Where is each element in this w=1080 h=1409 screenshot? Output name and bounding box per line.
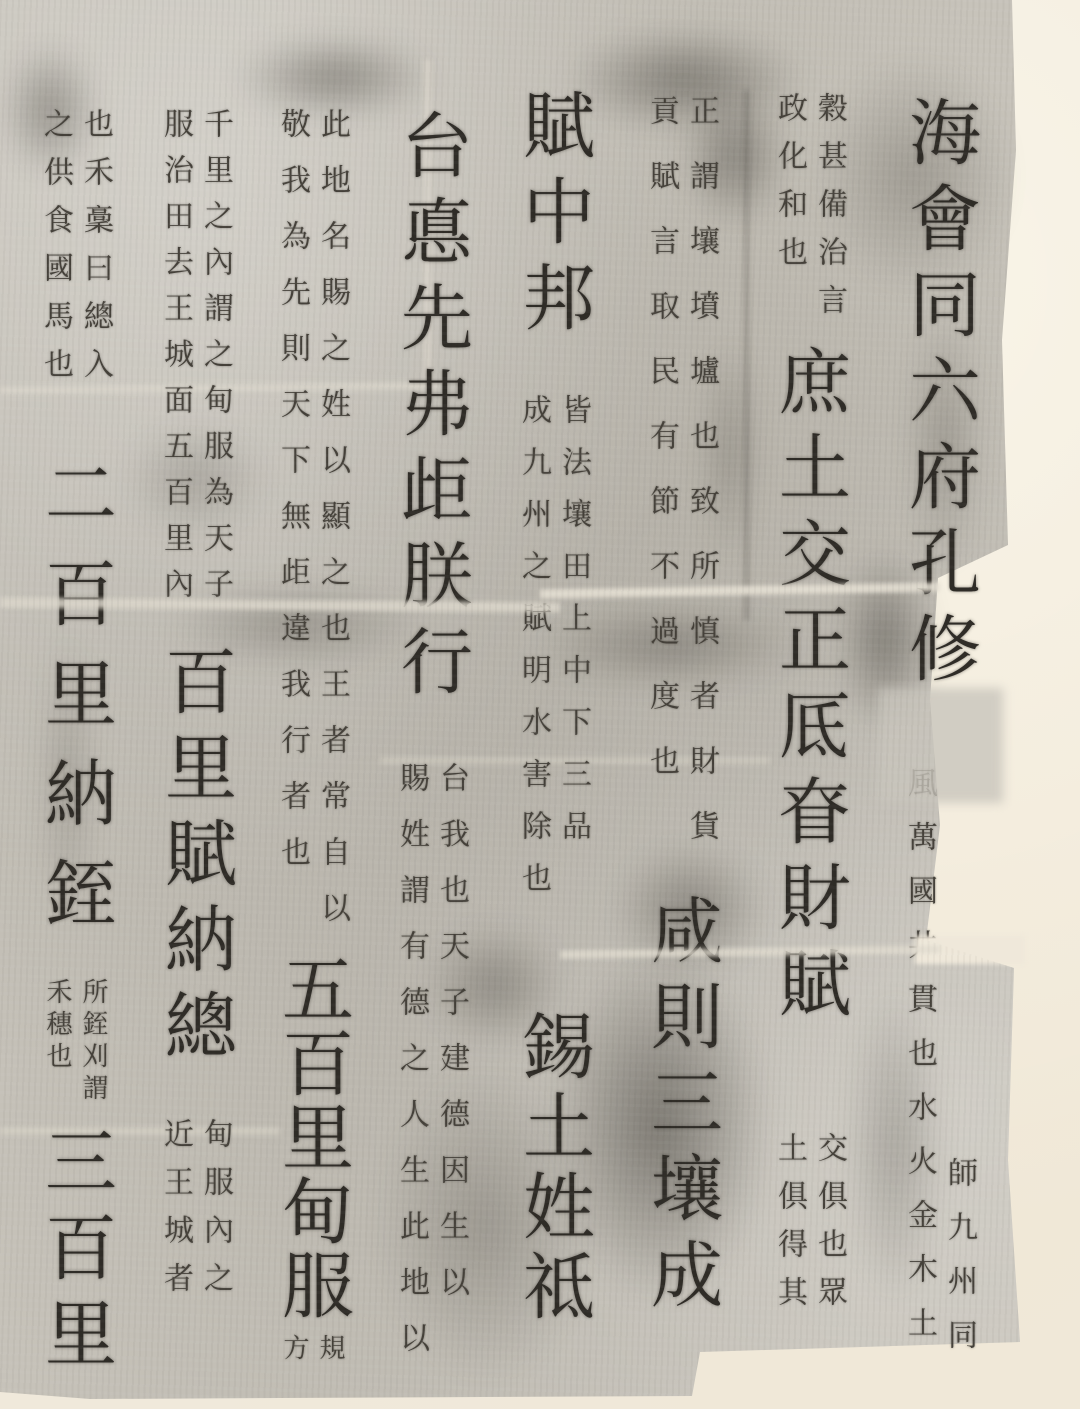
text-column: 此地名賜之姓以顯之也王者常自以敬我為先則天下無歫違我行者也五百里甸服規方 <box>252 0 372 1409</box>
main-text-segment: 三百里 <box>39 1124 111 1382</box>
commentary-segment: 甸服內之近王城者 <box>160 1118 230 1310</box>
commentary-right-line: 台我也天子建德因生以 <box>436 762 466 1322</box>
main-text-segment: 錫土姓祗 <box>517 1009 589 1329</box>
commentary-left-line: 禾穗也 <box>44 978 70 1074</box>
commentary-right-line: 師九州同 <box>944 1157 974 1373</box>
commentary-segment: 皆法壤田上中下三品成九州之賦明水害除也 <box>518 394 588 914</box>
commentary-left-line: 近王城者 <box>160 1118 190 1310</box>
commentary-right-line: 所銍刈謂 <box>80 978 106 1106</box>
manuscript-photo: { "manuscript": { "writing": "vertical c… <box>0 0 1080 1409</box>
text-column: 賦中邦皆法壤田上中下三品成九州之賦明水害除也錫土姓祗 <box>492 0 614 1409</box>
commentary-left-line: 政化和也 <box>774 92 804 284</box>
text-column: 穀甚備治言政化和也庶土交正厎眘財賦交俱也眾土俱得其 <box>748 0 870 1409</box>
commentary-left-line: 貢賦言取民有節不過度也 <box>646 95 676 810</box>
commentary-left-line: 土俱得其 <box>774 1132 804 1324</box>
commentary-segment: 交俱也眾土俱得其 <box>774 1132 844 1324</box>
commentary-right-line: 交俱也眾 <box>814 1132 844 1324</box>
commentary-left-line: 敬我為先則天下無歫違我行者也 <box>277 108 307 892</box>
commentary-segment: 也禾稾曰總入之供食國馬也 <box>40 108 110 396</box>
commentary-left-line: 風萬國共貫也水火金木土 <box>904 767 934 1361</box>
text-columns: 海會同六府孔修師九州同風萬國共貫也水火金木土穀甚備治言政化和也庶土交正厎眘財賦交… <box>0 0 1080 1409</box>
commentary-left-line: 方 <box>281 1334 307 1364</box>
commentary-segment: 千里之內謂之甸服為天子服治田去王城面五百里內 <box>160 108 230 614</box>
commentary-segment: 規方 <box>281 1334 343 1364</box>
commentary-right-line: 也禾稾曰總入 <box>80 108 110 396</box>
main-text-segment: 百里賦納總 <box>159 644 231 1074</box>
commentary-left-line: 成九州之賦明水害除也 <box>518 394 548 914</box>
main-text-segment: 台悳先弗歫朕行 <box>395 108 467 710</box>
commentary-right-line: 正謂壤墳壚也致所慎者財貨 <box>686 95 716 875</box>
commentary-segment: 此地名賜之姓以顯之也王者常自以敬我為先則天下無歫違我行者也 <box>277 108 347 948</box>
commentary-left-line: 之供食國馬也 <box>40 108 70 396</box>
commentary-left-line: 賜姓謂有德之人生此地以 <box>396 762 426 1378</box>
commentary-segment: 正謂壤墳壚也致所慎者財貨貢賦言取民有節不過度也 <box>646 95 716 875</box>
commentary-right-line: 規 <box>317 1334 343 1364</box>
commentary-left-line: 服治田去王城面五百里內 <box>160 108 190 614</box>
main-text-segment: 海會同六府孔修 <box>903 95 975 697</box>
commentary-right-line: 穀甚備治言 <box>814 92 844 332</box>
text-column: 千里之內謂之甸服為天子服治田去王城面五百里內百里賦納總甸服內之近王城者 <box>138 0 252 1409</box>
commentary-right-line: 千里之內謂之甸服為天子 <box>200 108 230 614</box>
main-text-segment: 咸則三壤成 <box>645 893 717 1323</box>
commentary-right-line: 此地名賜之姓以顯之也王者常自以 <box>317 108 347 948</box>
text-column: 海會同六府孔修師九州同風萬國共貫也水火金木土 <box>878 0 1000 1409</box>
main-text-segment: 二百里納銍 <box>39 456 111 956</box>
text-column: 正謂壤墳壚也致所慎者財貨貢賦言取民有節不過度也咸則三壤成 <box>618 0 744 1409</box>
main-text-segment: 賦中邦 <box>517 88 589 346</box>
commentary-segment: 穀甚備治言政化和也 <box>774 92 844 332</box>
text-column: 台悳先弗歫朕行台我也天子建德因生以賜姓謂有德之人生此地以 <box>372 0 490 1409</box>
main-text-segment: 庶土交正厎眘財賦 <box>773 344 845 1032</box>
text-column: 也禾稾曰總入之供食國馬也二百里納銍所銍刈謂禾穗也三百里 <box>12 0 138 1409</box>
commentary-right-line: 皆法壤田上中下三品 <box>558 394 588 862</box>
commentary-segment: 師九州同風萬國共貫也水火金木土 <box>904 767 974 1373</box>
commentary-segment: 台我也天子建德因生以賜姓謂有德之人生此地以 <box>396 762 466 1378</box>
main-text-segment: 五百里甸服 <box>276 952 348 1322</box>
commentary-segment: 所銍刈謂禾穗也 <box>44 978 106 1106</box>
commentary-right-line: 甸服內之 <box>200 1118 230 1310</box>
